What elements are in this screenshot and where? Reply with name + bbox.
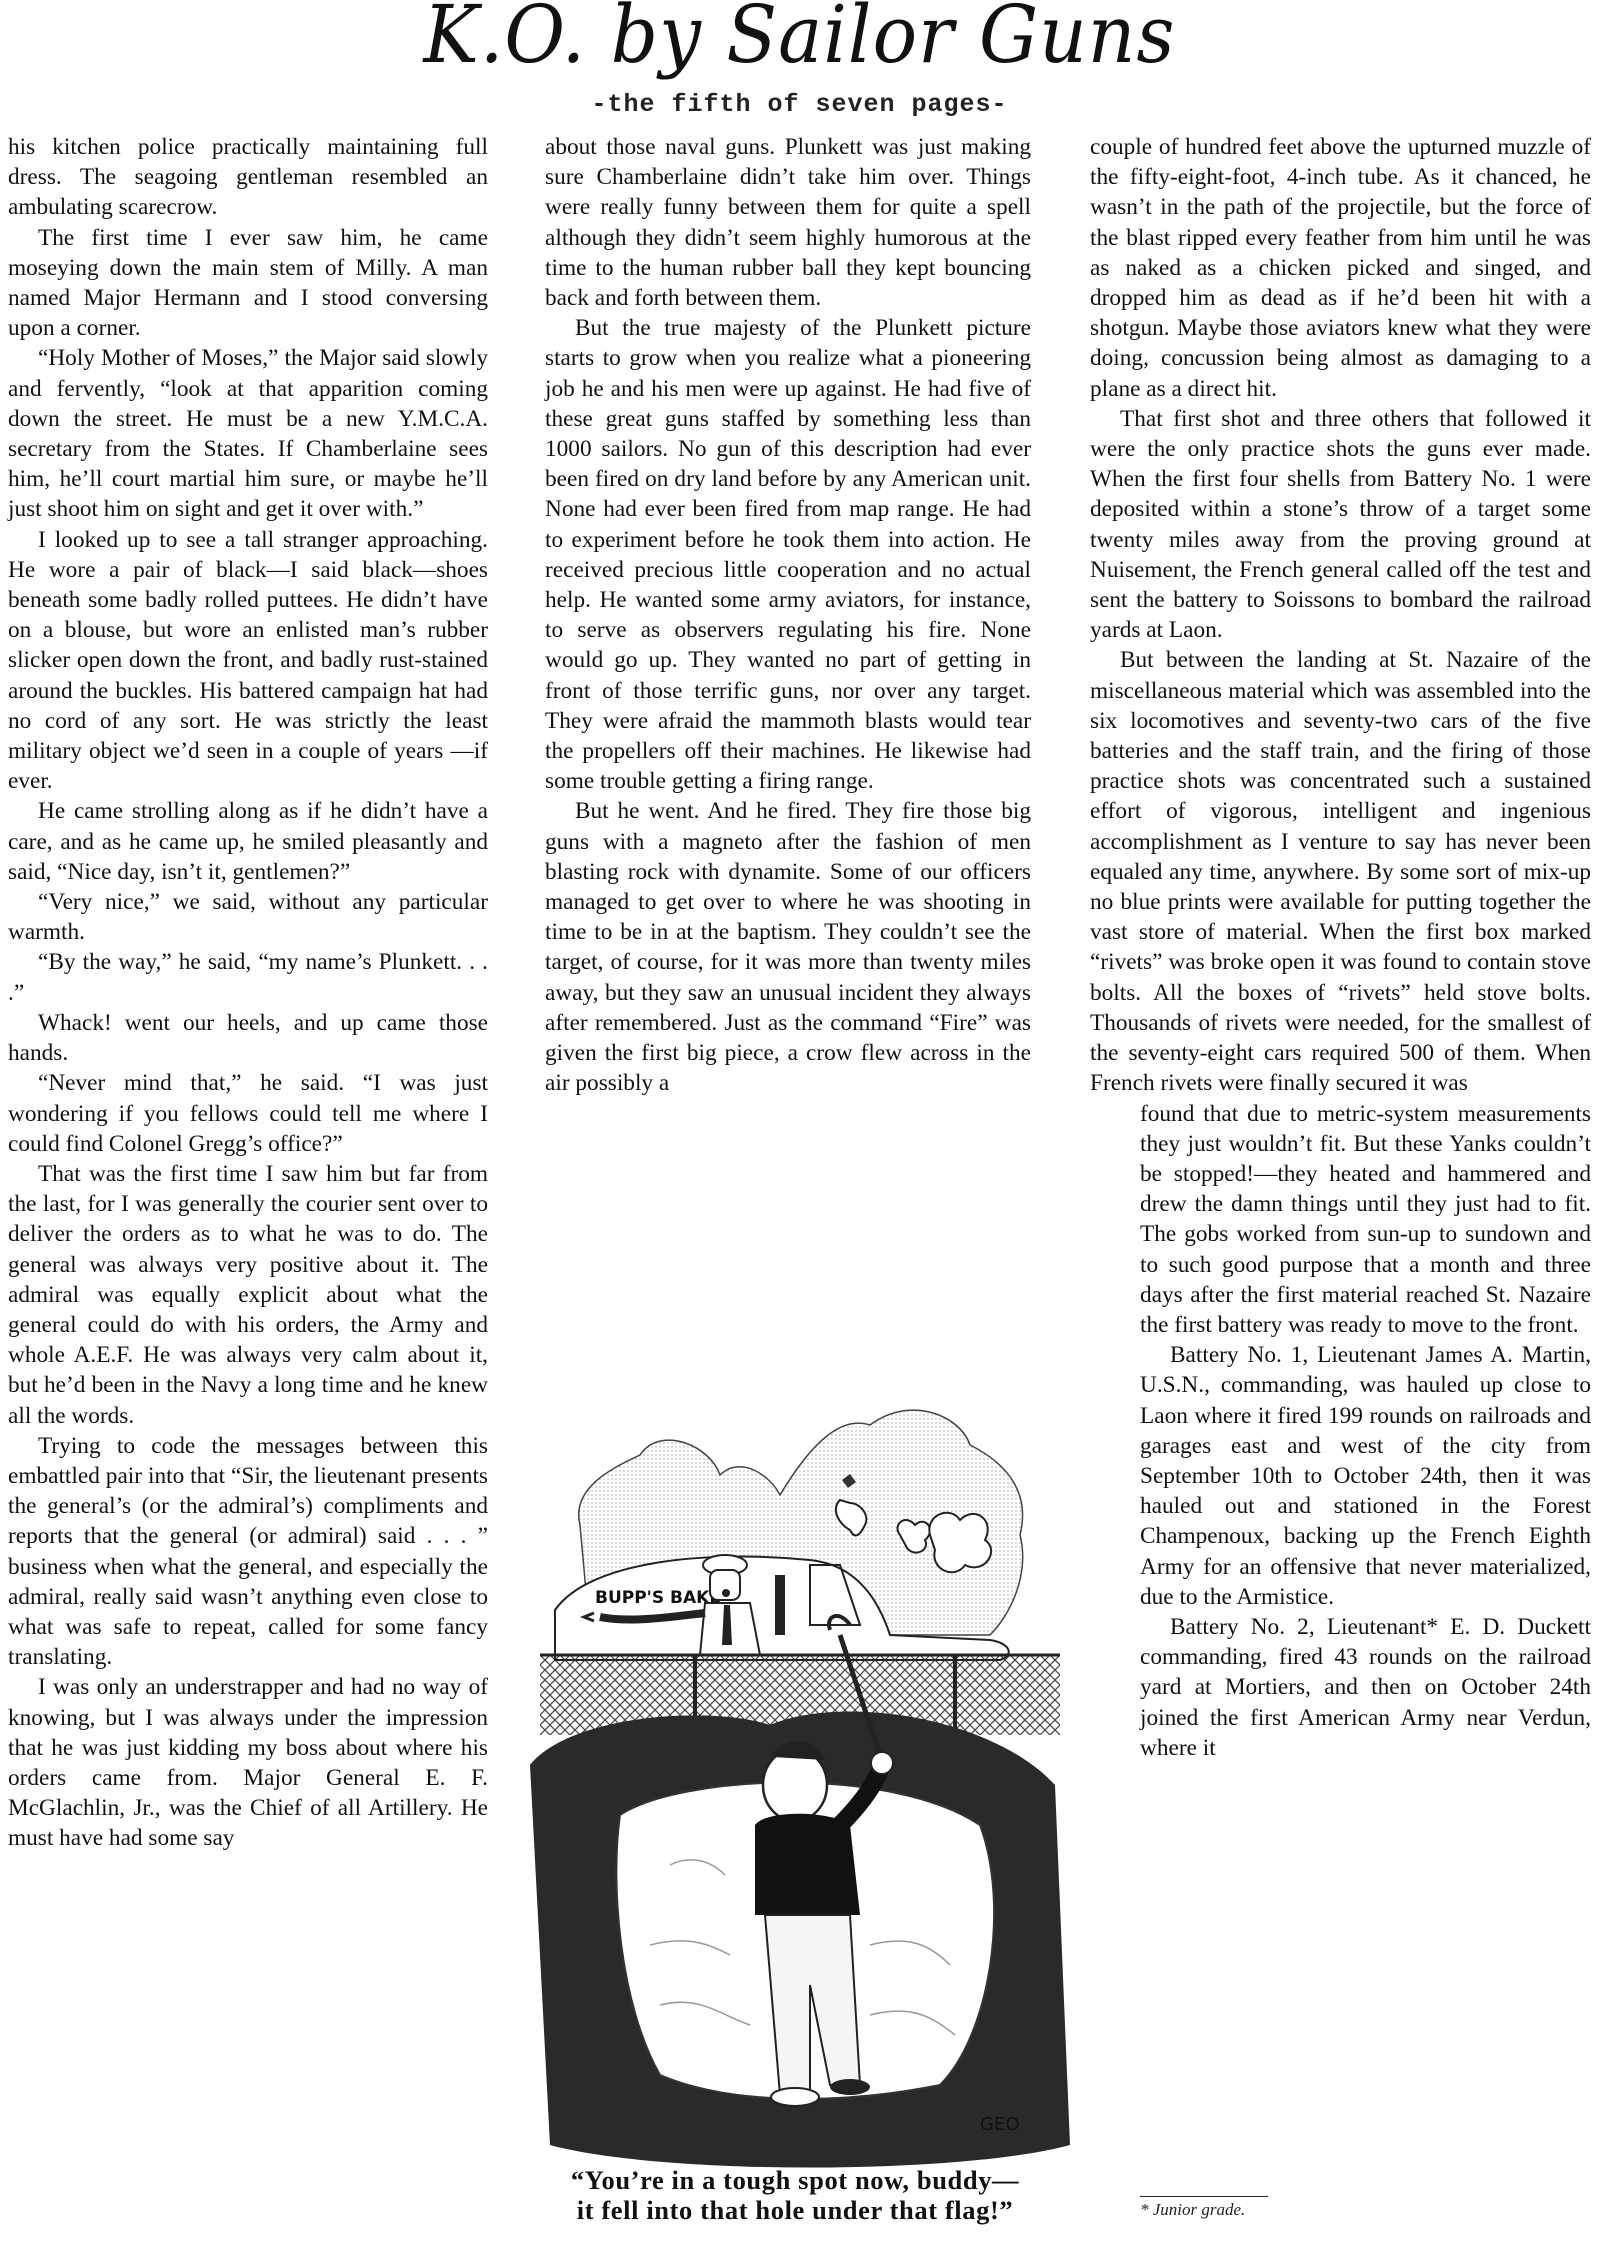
paragraph: He came strolling along as if he didn’t … (8, 796, 488, 887)
truck-sign: BUPP'S BAKE (595, 1588, 721, 1608)
caption-line-2: it fell into that hole under that flag!” (515, 2195, 1075, 2225)
column-left: his kitchen police practically maintaini… (8, 132, 488, 1854)
paragraph: “Never mind that,” he said. “I was just … (8, 1068, 488, 1159)
paragraph: I looked up to see a tall stranger appro… (8, 525, 488, 797)
paragraph: Battery No. 1, Lieutenant James A. Marti… (1140, 1340, 1591, 1612)
paragraph: “Holy Mother of Moses,” the Major said s… (8, 343, 488, 524)
paragraph: I was only an understrapper and had no w… (8, 1672, 488, 1853)
paragraph: That was the first time I saw him but fa… (8, 1159, 488, 1431)
paragraph: That first shot and three others that fo… (1090, 404, 1591, 646)
caption-line-1: “You’re in a tough spot now, buddy— (515, 2165, 1075, 2195)
column-right: couple of hundred feet above the upturne… (1090, 132, 1591, 1763)
artist-signature: GEO (980, 2114, 1020, 2135)
paragraph: Whack! went our heels, and up came those… (8, 1008, 488, 1068)
paragraph: The first time I ever saw him, he came m… (8, 223, 488, 344)
paragraph: Trying to code the messages between this… (8, 1431, 488, 1673)
column-middle: about those naval guns. Plunkett was jus… (545, 132, 1031, 1099)
article-title: K.O. by Sailor Guns (0, 0, 1599, 81)
paragraph: couple of hundred feet above the upturne… (1090, 132, 1591, 404)
footnote-divider (1140, 2196, 1268, 2197)
cartoon-caption: “You’re in a tough spot now, buddy— it f… (515, 2165, 1075, 2225)
golf-cartoon-illustration: BUPP'S BAKE (510, 1385, 1080, 2185)
page-subtitle: -the fifth of seven pages- (0, 90, 1599, 119)
paragraph: his kitchen police practically maintaini… (8, 132, 488, 223)
paragraph: Battery No. 2, Lieutenant* E. D. Duckett… (1140, 1612, 1591, 1763)
paragraph: “By the way,” he said, “my name’s Plunke… (8, 947, 488, 1007)
paragraph: But between the landing at St. Nazaire o… (1090, 645, 1591, 1098)
paragraph: But he went. And he fired. They fire tho… (545, 796, 1031, 1098)
column-right-inset: found that due to metric-system measurem… (1090, 1099, 1591, 1763)
footnote: * Junior grade. (1140, 2200, 1245, 2220)
paragraph: But the true majesty of the Plunkett pic… (545, 313, 1031, 796)
paragraph: found that due to metric-system measurem… (1140, 1099, 1591, 1341)
paragraph: “Very nice,” we said, without any partic… (8, 887, 488, 947)
paragraph: about those naval guns. Plunkett was jus… (545, 132, 1031, 313)
